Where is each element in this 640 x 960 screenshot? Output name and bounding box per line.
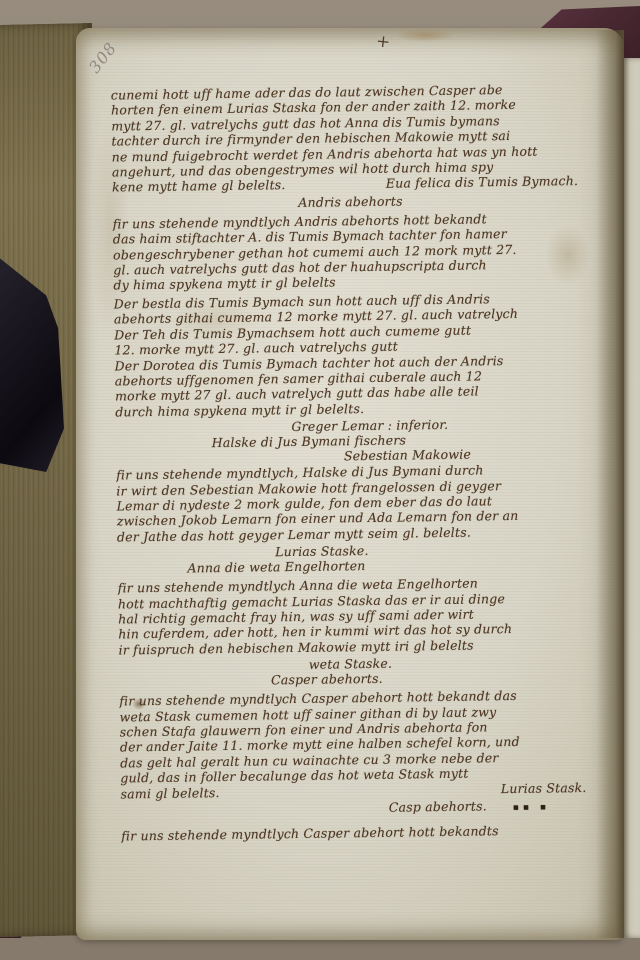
facing-page-edge: [622, 58, 640, 938]
manuscript-heading: Casper abehorts.: [271, 669, 621, 688]
ink-blots: ▪▪ ▪: [513, 803, 550, 814]
entry-6: fir uns stehende myndtlych Casper abehor…: [119, 687, 622, 802]
manuscript-line-left: kene mytt hame gl belelts.: [112, 178, 286, 196]
manuscript-heading: Casp abehorts.▪▪ ▪: [389, 797, 623, 816]
entry-2: fir uns stehende myndtlych Andris abehor…: [113, 209, 616, 293]
heading-andris-abehorts: Andris abehorts: [112, 191, 614, 212]
manuscript-line: fir uns stehende myndtlych Casper abehor…: [121, 821, 623, 843]
heading-casp-abehorts-signature: Casp abehorts.▪▪ ▪: [121, 797, 623, 820]
manuscript-heading: Andris abehorts: [298, 191, 614, 209]
entry-3: Der bestla dis Tumis Bymach sun hott auc…: [114, 289, 618, 419]
entry-4: fir uns stehende myndtlych, Halske di Ju…: [116, 461, 619, 545]
manuscript-line-left: sami gl belelts.: [120, 785, 219, 802]
manuscript-line-right: Lurias Stask.: [501, 780, 587, 797]
entry-7: fir uns stehende myndtlych Casper abehor…: [121, 821, 623, 843]
manuscript-line-right: Eua felica dis Tumis Bymach.: [386, 173, 578, 191]
header-cross-mark: +: [375, 31, 391, 52]
entry-5: fir uns stehende myndtlych Anna die weta…: [118, 574, 621, 658]
text-column: cunemi hott uff hame ader das do laut zw…: [111, 81, 624, 847]
entry-1: cunemi hott uff hame ader das do laut zw…: [111, 81, 614, 196]
